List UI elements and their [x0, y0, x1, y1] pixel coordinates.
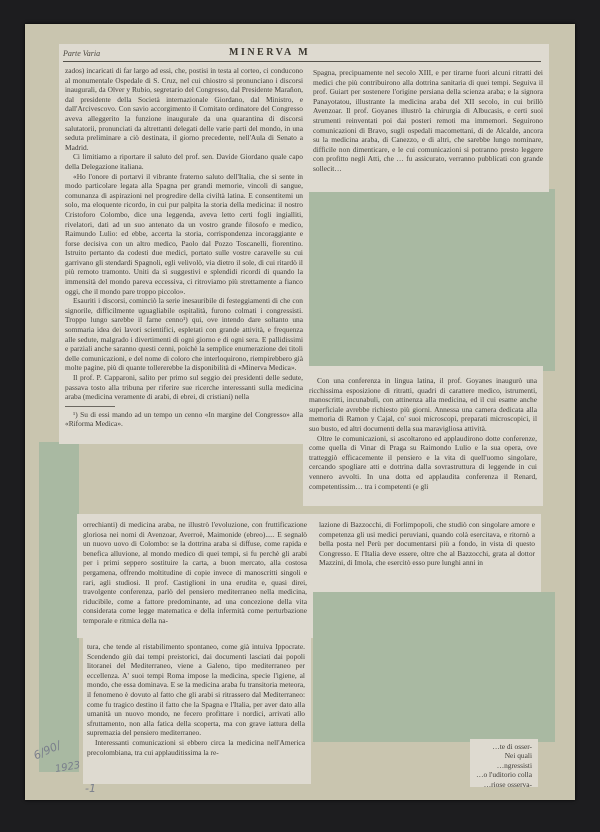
section-label: Parte Varia	[63, 49, 100, 59]
paragraph: «Ho l'onore di portarvi il vibrante frat…	[65, 172, 303, 297]
paragraph: zados) incaricati di far largo ad essi, …	[65, 66, 303, 152]
green-board-region-bottom-right	[313, 592, 555, 742]
paragraph: lazione di Bazzocchi, di Forlimpopoli, c…	[319, 520, 535, 568]
paragraph: Esauriti i discorsi, cominciò la serie i…	[65, 296, 303, 373]
paragraph: Oltre le comunicazioni, si ascoltarono e…	[309, 434, 537, 492]
header-rule	[63, 61, 309, 62]
page-header: Parte Varia MINERVA MEDICA	[59, 44, 309, 64]
paragraph: Il prof. P. Capparoni, salito per primo …	[65, 373, 303, 402]
green-board-region-left	[39, 442, 79, 772]
clipping-lower-left: orrechianti) di medicina araba, ne illus…	[77, 514, 313, 638]
green-board-region-right	[293, 189, 555, 371]
fragment-line: …o l'uditorio colla	[476, 770, 532, 779]
clipping-mid-right: Con una conferenza in lingua latina, il …	[303, 366, 543, 506]
paragraph: tura, che tende al ristabilimento sponta…	[87, 642, 305, 738]
clipping-lower-right: lazione di Bazzocchi, di Forlimpopoli, c…	[313, 514, 541, 592]
clipping-top-right: Spagna, precipuamente nel secolo XIII, e…	[309, 44, 549, 192]
footnote: ¹) Su di essi mando ad un tempo un cenno…	[65, 410, 303, 429]
journal-title: MINERVA MEDICA	[229, 48, 309, 58]
fragment-line: …ngressisti	[476, 761, 532, 770]
fragment-line: …riose osserva-	[476, 780, 532, 789]
clipping-margin-fragment: …te di osser- Nei quali …ngressisti …o l…	[470, 739, 538, 787]
footnote-rule	[65, 406, 115, 407]
paragraph: Interessanti comunicazioni si ebbero cir…	[87, 738, 305, 757]
paragraph: Ci limitiamo a riportare il saluto del p…	[65, 152, 303, 171]
fragment-line: Nei quali	[476, 751, 532, 760]
paragraph: orrechianti) di medicina araba, ne illus…	[83, 520, 307, 626]
handwritten-note: -1	[85, 782, 96, 795]
mounting-board: Parte Varia MINERVA MEDICA zados) incari…	[25, 24, 575, 800]
fragment-line: …te di osser-	[476, 742, 532, 751]
paragraph: Con una conferenza in lingua latina, il …	[309, 376, 537, 434]
header-rule-right	[309, 61, 541, 62]
clipping-top-left: Parte Varia MINERVA MEDICA zados) incari…	[59, 44, 309, 444]
paragraph: Spagna, precipuamente nel secolo XIII, e…	[313, 68, 543, 174]
clipping-bottom: tura, che tende al ristabilimento sponta…	[83, 638, 311, 784]
